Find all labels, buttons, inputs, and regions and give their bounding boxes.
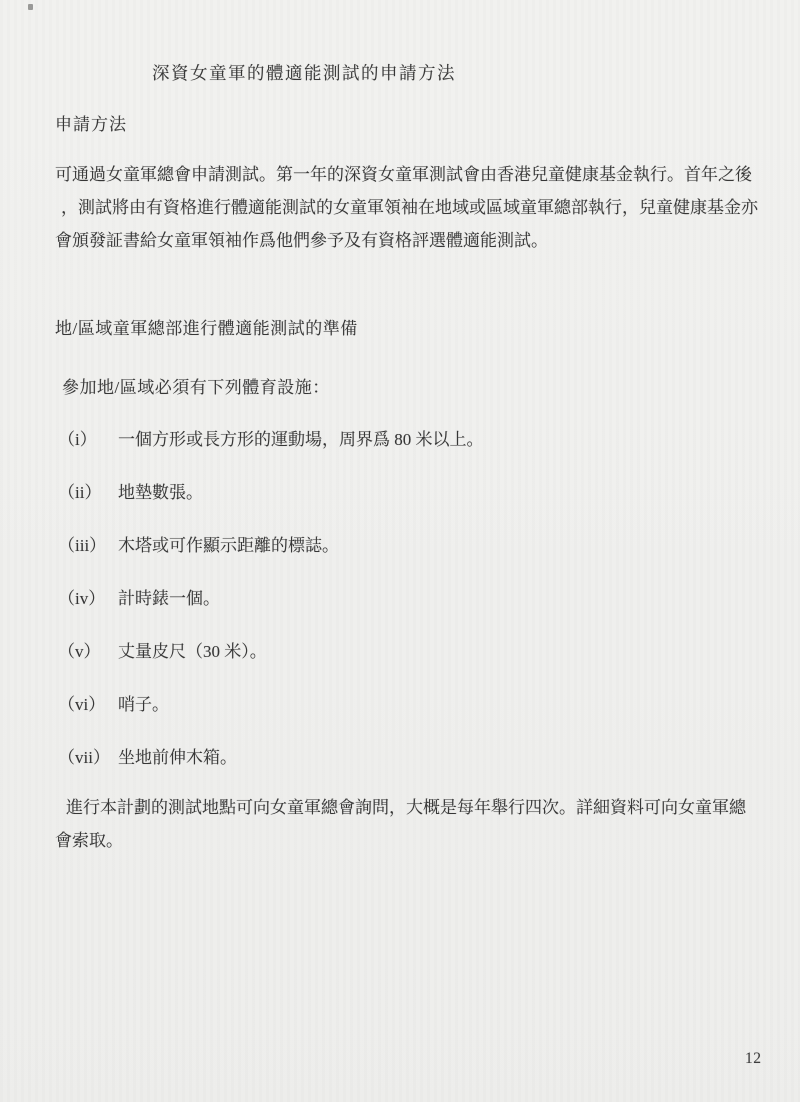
section-heading-application-method: 申請方法 bbox=[55, 115, 127, 135]
paragraph-line: 可通過女童軍總會申請測試。第一年的深資女童軍測試會由香港兒童健康基金執行。首年之… bbox=[55, 158, 758, 191]
list-item: （iv） 計時錶一個。 bbox=[58, 589, 484, 609]
section-heading-preparation: 地/區域童軍總部進行體適能測試的準備 bbox=[55, 319, 358, 339]
list-item-label: （i） bbox=[58, 430, 118, 450]
scanned-document-page: 深資女童軍的體適能測試的申請方法 申請方法 可通過女童軍總會申請測試。第一年的深… bbox=[0, 0, 800, 1102]
list-item: （i） 一個方形或長方形的運動場，周界爲 80 米以上。 bbox=[58, 430, 484, 450]
list-item-label: （iii） bbox=[58, 536, 118, 556]
list-item-label: （iv） bbox=[58, 589, 118, 609]
list-item-text: 計時錶一個。 bbox=[118, 589, 220, 609]
paragraph-line: 會頒發証書給女童軍領袖作爲他們參予及有資格評選體適能測試。 bbox=[55, 224, 758, 257]
page-number: 12 bbox=[745, 1050, 762, 1068]
list-item-text: 丈量皮尺（30 米）。 bbox=[118, 642, 267, 662]
list-item-label: （vi） bbox=[58, 695, 118, 715]
list-item: （v） 丈量皮尺（30 米）。 bbox=[58, 642, 484, 662]
closing-paragraph: 進行本計劃的測試地點可向女童軍總會詢問，大概是每年舉行四次。詳細資料可向女童軍總… bbox=[55, 791, 746, 857]
list-item-label: （ii） bbox=[58, 483, 118, 503]
list-item-label: （vii） bbox=[58, 748, 118, 768]
list-item: （vii） 坐地前伸木箱。 bbox=[58, 748, 484, 768]
list-item-text: 一個方形或長方形的運動場，周界爲 80 米以上。 bbox=[118, 430, 484, 450]
list-item: （ii） 地墊數張。 bbox=[58, 483, 484, 503]
list-item-text: 木塔或可作顯示距離的標誌。 bbox=[118, 536, 339, 556]
list-item: （iii） 木塔或可作顯示距離的標誌。 bbox=[58, 536, 484, 556]
list-item-text: 地墊數張。 bbox=[118, 483, 203, 503]
facilities-list: （i） 一個方形或長方形的運動場，周界爲 80 米以上。 （ii） 地墊數張。 … bbox=[58, 430, 484, 768]
list-item-text: 哨子。 bbox=[118, 695, 169, 715]
facilities-intro-line: 參加地/區域必須有下列體育設施： bbox=[62, 378, 330, 398]
paragraph-line: 會索取。 bbox=[55, 824, 746, 857]
paragraph-line: 進行本計劃的測試地點可向女童軍總會詢問，大概是每年舉行四次。詳細資料可向女童軍總 bbox=[66, 791, 746, 824]
document-title: 深資女童軍的體適能測試的申請方法 bbox=[152, 60, 456, 85]
list-item-label: （v） bbox=[58, 642, 118, 662]
application-paragraph: 可通過女童軍總會申請測試。第一年的深資女童軍測試會由香港兒童健康基金執行。首年之… bbox=[55, 158, 758, 257]
list-item: （vi） 哨子。 bbox=[58, 695, 484, 715]
paragraph-line: ，測試將由有資格進行體適能測試的女童軍領袖在地域或區域童軍總部執行，兒童健康基金… bbox=[61, 191, 758, 224]
scan-artifact-mark bbox=[28, 4, 33, 10]
list-item-text: 坐地前伸木箱。 bbox=[118, 748, 237, 768]
